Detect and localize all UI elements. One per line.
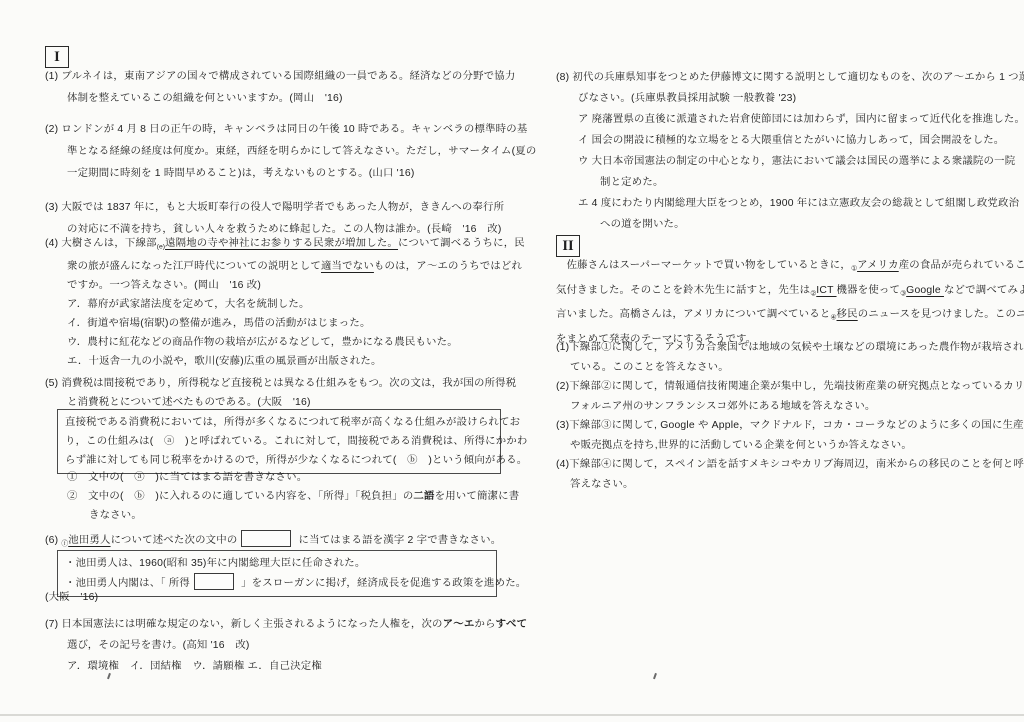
text-segment: 衆の旅が盛んになった江戸時代についての説明として — [67, 261, 321, 272]
text-segment: への道を開いた。 — [600, 219, 685, 230]
text-segment: エ．十返舎一九の小説や，歌川(安藤)広重の風景画が出版された。 — [67, 356, 382, 367]
text-line: (1)下線部①に関して，アメリカ合衆国では地域の気候や土壌などの環境にあった農作… — [556, 338, 1024, 358]
text-segment: びなさい。(兵庫県教員採用試験 一般教養 '23) — [578, 93, 796, 104]
text-line: (3)下線部③に関して, Google や Apple，マクドナルド，コカ・コー… — [556, 416, 1024, 436]
question-2: (2) ロンドンが 4 月 8 日の正午の時，キャンベラは同日の午後 10 時で… — [45, 119, 536, 185]
text-segment: (3) 大阪では 1837 年に，もと大坂町奉行の役人で陽明学者でもあった人物が… — [45, 202, 504, 213]
text-line: ② 文中の( ⓑ )に入れるのに適している内容を、「所得」「税負担」の二語を用い… — [45, 487, 519, 506]
question-4: (4) 大樹さんは，下線部(e)遠隔地の寺や神社にお参りする民衆が増加した。につ… — [45, 234, 525, 371]
text-line: びなさい。(兵庫県教員採用試験 一般教養 '23) — [556, 88, 1024, 109]
question-5-subquestions: ① 文中の( ⓐ )に当てはまる語を書きなさい。② 文中の( ⓑ )に入れるのに… — [45, 468, 519, 525]
text-segment: ウ．農村に紅花などの商品作物の栽培が広がるなどして，豊かになる農民もいた。 — [67, 337, 458, 348]
text-segment: 気付きました。そのことを鈴木先生に話すと，先生は — [556, 285, 810, 296]
text-segment: ・池田勇人は、1960(昭和 35)年に内閣総理大臣に任命された。 — [65, 558, 365, 569]
text-segment: すべて — [496, 619, 528, 630]
text-line: ている。このことを答えなさい。 — [556, 358, 1024, 378]
text-segment: らず誰に対しても同じ税率をかけるので，所得が少なくなるにつれて( ⓑ )という傾… — [65, 455, 527, 466]
text-segment: 産の食品が売られていることに — [899, 260, 1024, 271]
text-line: ① 文中の( ⓐ )に当てはまる語を書きなさい。 — [45, 468, 519, 487]
text-segment: エ 4 度にわたり内閣総理大臣をつとめ，1900 年には立憲政友会の総裁として組… — [578, 198, 1019, 209]
text-segment: ア．幕府が武家諸法度を定めて，大名を統制した。 — [67, 299, 310, 310]
text-segment: (2) ロンドンが 4 月 8 日の正午の時，キャンベラは同日の午後 10 時で… — [45, 124, 527, 135]
text-line: (5) 消費税は間接税であり，所得税など直接税とは異なる仕組みをもつ。次の文は，… — [45, 374, 516, 393]
text-line: エ．十返舎一九の小説や，歌川(安藤)広重の風景画が出版された。 — [45, 352, 525, 371]
question-5-intro: (5) 消費税は間接税であり，所得税など直接税とは異なる仕組みをもつ。次の文は，… — [45, 374, 516, 412]
text-segment: 直接税である消費税においては，所得が多くなるにつれて税率が高くなる仕組みが設けら… — [65, 417, 520, 428]
question-5-passage-box: 直接税である消費税においては，所得が多くなるにつれて税率が高くなる仕組みが設けら… — [57, 409, 501, 474]
text-segment: 言いました。高橋さんは，アメリカについて調べていると — [556, 309, 830, 320]
text-segment: 体制を整えているこの組織を何といいますか。(岡山 '16) — [67, 93, 343, 104]
text-segment: 準となる経線の経度は何度か。東経，西経を明らかにして答えなさい。ただし，サマータ… — [67, 146, 536, 157]
text-line: ウ 大日本帝国憲法の制定の中心となり，憲法において議会は国民の選挙による衆議院の… — [556, 151, 1024, 172]
text-segment: ものは，ア～エのうちではどれ — [374, 261, 522, 272]
right-column: (8) 初代の兵庫県知事をつとめた伊藤博文に関する説明として適切なものを、次のア… — [556, 0, 1024, 722]
text-segment: ② 文中の( ⓑ )に入れるのに適している内容を、「所得」「税負担」の — [67, 491, 413, 502]
text-line: (1) ブルネイは，東南アジアの国々で構成されている国際組織の一員である。経済な… — [45, 66, 515, 88]
text-line: (8) 初代の兵庫県知事をつとめた伊藤博文に関する説明として適切なものを、次のア… — [556, 67, 1024, 88]
section-2-question-1: (1)下線部①に関して，アメリカ合衆国では地域の気候や土壌などの環境にあった農作… — [556, 338, 1024, 378]
text-segment: (6) — [45, 535, 61, 546]
text-line: イ 国会の開設に積極的な立場をとる大隈重信とたがいに協力しあって，国会開設をした… — [556, 130, 1024, 151]
section-2-question-2: (2)下線部②に関して，情報通信技術関連企業が集中し，先端技術産業の研究拠点とな… — [556, 377, 1024, 417]
text-line: 佐藤さんはスーパーマーケットで買い物をしているときに，①アメリカ産の食品が売られ… — [556, 255, 1024, 280]
text-line: 言いました。高橋さんは，アメリカについて調べていると④移民のニュースを見つけまし… — [556, 304, 1024, 329]
text-line: きなさい。 — [45, 506, 519, 525]
text-line: 直接税である消費税においては，所得が多くなるにつれて税率が高くなる仕組みが設けら… — [65, 413, 493, 432]
scan-edge-line — [0, 714, 1024, 716]
text-segment: ウ 大日本帝国憲法の制定の中心となり，憲法において議会は国民の選挙による衆議院の… — [578, 156, 1015, 167]
text-line: ですか。一つ答えなさい。(岡山 '16 改) — [45, 276, 525, 295]
text-line: ・池田勇人は、1960(昭和 35)年に内閣総理大臣に任命された。 — [65, 554, 489, 573]
text-line: (3) 大阪では 1837 年に，もと大坂町奉行の役人で陽明学者でもあった人物が… — [45, 197, 504, 219]
text-segment: ① 文中の( ⓐ )に当てはまる語を書きなさい。 — [67, 472, 307, 483]
text-segment: きなさい。 — [89, 510, 142, 521]
question-6-source: (大阪 '16) — [45, 588, 98, 607]
text-line: 一定期間に時刻を 1 時間早めること)は，考えないものとする。(山口 '16) — [45, 163, 536, 185]
question-1: (1) ブルネイは，東南アジアの国々で構成されている国際組織の一員である。経済な… — [45, 66, 515, 110]
text-segment: (4) 大樹さんは，下線部 — [45, 238, 157, 249]
underlined-text: 池田勇人 — [68, 535, 110, 546]
text-segment: 一定期間に時刻を 1 時間早めること)は，考えないものとする。(山口 '16) — [67, 168, 415, 179]
text-segment: ア．環境権 イ．団結権 ウ．請願権 エ．自己決定権 — [67, 661, 322, 672]
text-segment: から — [474, 619, 495, 630]
underlined-text: 適当でない — [321, 261, 374, 272]
text-line: 衆の旅が盛んになった江戸時代についての説明として適当でないものは，ア～エのうちで… — [45, 257, 525, 276]
underlined-text: 移民 — [837, 309, 858, 320]
section-2-intro-paragraph: 佐藤さんはスーパーマーケットで買い物をしているときに，①アメリカ産の食品が売られ… — [556, 255, 1024, 350]
text-segment: や販売拠点を持ち,世界的に活動している企業を何というか答えなさい。 — [570, 440, 912, 451]
underlined-text: アメリカ — [857, 260, 899, 271]
question-7: (7) 日本国憲法には明確な規定のない，新しく主張されるようになった人権を，次の… — [45, 614, 527, 677]
underlined-text: Google — [906, 285, 944, 296]
text-line: 体制を整えているこの組織を何といいますか。(岡山 '16) — [45, 88, 515, 110]
text-line: イ．街道や宿場(宿駅)の整備が進み，馬借の活動がはじまった。 — [45, 314, 525, 333]
text-segment: 制と定めた。 — [600, 177, 664, 188]
section-label-I: I — [45, 46, 69, 68]
text-line: 気付きました。そのことを鈴木先生に話すと，先生は②ICT 機器を使って③Goog… — [556, 280, 1024, 305]
scanned-exam-page: I(1) ブルネイは，東南アジアの国々で構成されている国際組織の一員である。経済… — [0, 0, 1024, 722]
text-segment: 」をスローガンに掲げ，経済成長を促進する政策を進めた。 — [238, 578, 526, 589]
text-line: ・池田勇人内閣は、「 所得 」をスローガンに掲げ，経済成長を促進する政策を進めた… — [65, 573, 489, 593]
text-line: ア．環境権 イ．団結権 ウ．請願権 エ．自己決定権 — [45, 656, 527, 677]
text-segment: (2)下線部②に関して，情報通信技術関連企業が集中し，先端技術産業の研究拠点とな… — [556, 381, 1024, 392]
underlined-text: 遠隔地の寺や神社にお参りする民衆が増加した。 — [165, 238, 398, 249]
text-segment: 選び，その記号を書け。(高知 '16 改) — [67, 640, 250, 651]
text-segment: について述べた次の文中の — [111, 535, 238, 546]
text-line: ア．幕府が武家諸法度を定めて，大名を統制した。 — [45, 295, 525, 314]
text-segment: (1)下線部①に関して，アメリカ合衆国では地域の気候や土壌などの環境にあった農作… — [556, 342, 1024, 353]
text-line: (大阪 '16) — [45, 588, 98, 607]
text-segment: ている。このことを答えなさい。 — [570, 362, 729, 373]
text-line: り，この仕組みは( ⓐ )と呼ばれている。これに対して，間接税である消費税は、所… — [65, 432, 493, 451]
text-segment: (8) 初代の兵庫県知事をつとめた伊藤博文に関する説明として適切なものを、次のア… — [556, 72, 1024, 83]
text-line: や販売拠点を持ち,世界的に活動している企業を何というか答えなさい。 — [556, 436, 1024, 456]
text-line: エ 4 度にわたり内閣総理大臣をつとめ，1900 年には立憲政友会の総裁として組… — [556, 193, 1024, 214]
text-segment: フォルニア州のサンフランシスコ郊外にある地域を答えなさい。 — [570, 401, 876, 412]
underlined-text: ICT — [816, 285, 836, 296]
text-segment: (大阪 '16) — [45, 592, 98, 603]
text-segment: (7) 日本国憲法には明確な規定のない，新しく主張されるようになった人権を，次の — [45, 619, 443, 630]
text-segment: のニュースを見つけました。このニュース — [858, 309, 1024, 320]
text-segment: (4)下線部④に関して，スペイン語を話すメキシコやカリブ海周辺，南米からの移民の… — [556, 459, 1024, 470]
text-line: ウ．農村に紅花などの商品作物の栽培が広がるなどして，豊かになる農民もいた。 — [45, 333, 525, 352]
text-segment: り，この仕組みは( ⓐ )と呼ばれている。これに対して，間接税である消費税は、所… — [65, 436, 528, 447]
text-segment: イ 国会の開設に積極的な立場をとる大隈重信とたがいに協力しあって，国会開設をした… — [578, 135, 1004, 146]
reference-marker: (e) — [157, 244, 165, 251]
text-segment: などで調べてみようと — [944, 285, 1024, 296]
text-line: への道を開いた。 — [556, 214, 1024, 235]
text-segment: ア 廃藩置県の直後に派遣された岩倉使節団には加わらず，国内に留まって近代化を推進… — [578, 114, 1024, 125]
text-segment: 機器を使って — [837, 285, 901, 296]
question-8: (8) 初代の兵庫県知事をつとめた伊藤博文に関する説明として適切なものを、次のア… — [556, 67, 1024, 235]
text-line: ア 廃藩置県の直後に派遣された岩倉使節団には加わらず，国内に留まって近代化を推進… — [556, 109, 1024, 130]
text-segment: ですか。一つ答えなさい。(岡山 '16 改) — [67, 280, 261, 291]
text-segment: に当てはまる語を漢字 2 字で書きなさい。 — [295, 535, 501, 546]
text-segment: (3)下線部③に関して, Google や Apple，マクドナルド，コカ・コー… — [556, 420, 1024, 431]
text-line: 準となる経線の経度は何度か。東経，西経を明らかにして答えなさい。ただし，サマータ… — [45, 141, 536, 163]
text-segment: と消費税とについて述べたものである。(大阪 '16) — [67, 397, 311, 408]
text-segment: 佐藤さんはスーパーマーケットで買い物をしているときに， — [556, 260, 851, 271]
text-segment: (1) ブルネイは，東南アジアの国々で構成されている国際組織の一員である。経済な… — [45, 71, 515, 82]
text-line: 選び，その記号を書け。(高知 '16 改) — [45, 635, 527, 656]
section-2-question-4: (4)下線部④に関して，スペイン語を話すメキシコやカリブ海周辺，南米からの移民の… — [556, 455, 1024, 495]
text-segment: について調べるうちに，民 — [398, 238, 525, 249]
text-line: (4)下線部④に関して，スペイン語を話すメキシコやカリブ海周辺，南米からの移民の… — [556, 455, 1024, 475]
text-segment: 二語 — [413, 491, 434, 502]
text-segment: ア～エ — [443, 619, 475, 630]
text-segment: 答えなさい。 — [570, 479, 634, 490]
text-segment: を用いて簡潔に書 — [435, 491, 520, 502]
section-label-II: II — [556, 235, 580, 257]
section-2-question-3: (3)下線部③に関して, Google や Apple，マクドナルド，コカ・コー… — [556, 416, 1024, 456]
left-column: I(1) ブルネイは，東南アジアの国々で構成されている国際組織の一員である。経済… — [45, 0, 517, 722]
text-line: フォルニア州のサンフランシスコ郊外にある地域を答えなさい。 — [556, 397, 1024, 417]
text-line: 答えなさい。 — [556, 475, 1024, 495]
answer-blank-box — [194, 573, 234, 590]
text-line: (2)下線部②に関して，情報通信技術関連企業が集中し，先端技術産業の研究拠点とな… — [556, 377, 1024, 397]
text-line: (7) 日本国憲法には明確な規定のない，新しく主張されるようになった人権を，次の… — [45, 614, 527, 635]
text-line: (2) ロンドンが 4 月 8 日の正午の時，キャンベラは同日の午後 10 時で… — [45, 119, 536, 141]
question-6-passage-box: ・池田勇人は、1960(昭和 35)年に内閣総理大臣に任命された。・池田勇人内閣… — [57, 550, 497, 597]
text-line: (4) 大樹さんは，下線部(e)遠隔地の寺や神社にお参りする民衆が増加した。につ… — [45, 234, 525, 257]
text-line: 制と定めた。 — [556, 172, 1024, 193]
text-segment: (5) 消費税は間接税であり，所得税など直接税とは異なる仕組みをもつ。次の文は，… — [45, 378, 516, 389]
text-segment: イ．街道や宿場(宿駅)の整備が進み，馬借の活動がはじまった。 — [67, 318, 371, 329]
answer-blank-box — [241, 530, 291, 547]
